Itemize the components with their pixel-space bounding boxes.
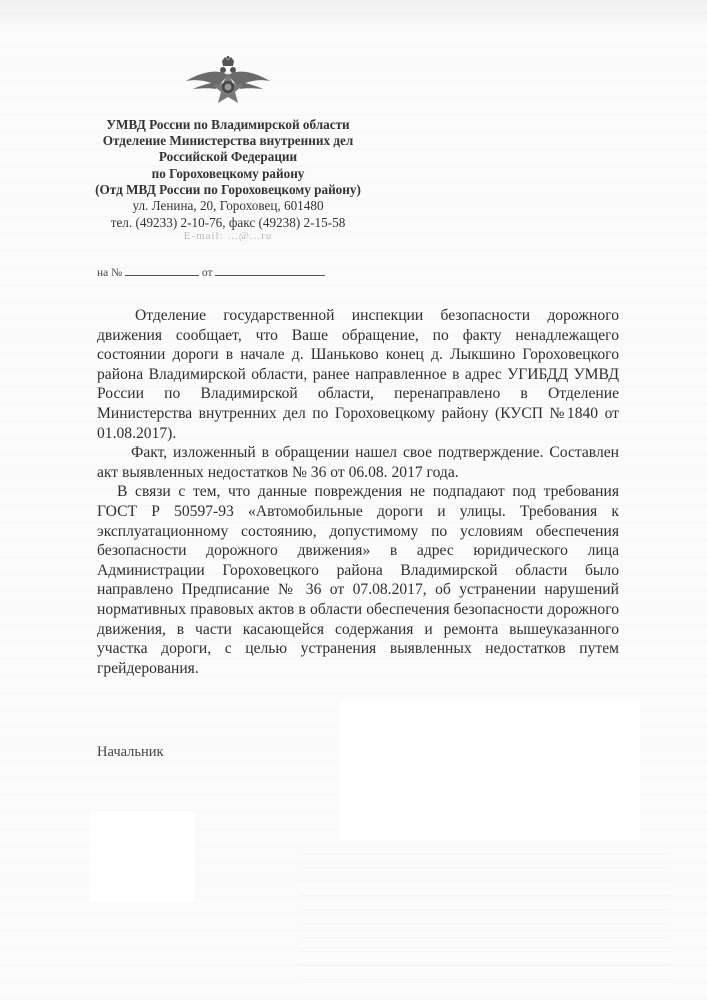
paragraph-3: В связи с тем, что данные повреждения не… xyxy=(97,482,619,678)
redacted-executor-area xyxy=(90,812,195,902)
reference-number-label: на № xyxy=(97,267,122,279)
org-line-1: УМВД России по Владимирской области xyxy=(78,117,378,133)
paragraph-2: Факт, изложенный в обращении нашел свое … xyxy=(97,443,619,482)
reference-number-blank xyxy=(125,265,199,276)
letterhead-contacts: ул. Ленина, 20, Гороховец, 601480 тел. (… xyxy=(78,198,378,241)
org-line-5: (Отд МВД России по Гороховецкому району) xyxy=(78,182,378,198)
phone-fax: тел. (49233) 2-10-76, факс (49238) 2-15-… xyxy=(78,215,378,232)
address: ул. Ленина, 20, Гороховец, 601480 xyxy=(78,198,378,215)
letterhead: УМВД России по Владимирской области Отде… xyxy=(78,55,378,198)
reference-date-label: от xyxy=(202,267,213,279)
paragraph-1: Отделение государственной инспекции безо… xyxy=(97,306,619,443)
scan-top-shadow xyxy=(0,0,707,30)
org-line-3: Российской Федерации xyxy=(78,149,378,165)
org-line-4: по Гороховецкому району xyxy=(78,166,378,182)
redacted-signature-area xyxy=(340,700,640,840)
reference-line: на № от xyxy=(97,265,325,279)
org-line-2: Отделение Министерства внутренних дел xyxy=(78,133,378,149)
letter-body: Отделение государственной инспекции безо… xyxy=(97,306,619,678)
show-through-text xyxy=(300,840,670,980)
email-line: E-mail: ...@...ru xyxy=(78,231,378,241)
signatory-title: Начальник xyxy=(97,744,164,761)
mvd-emblem-icon xyxy=(183,55,273,111)
reference-date-blank xyxy=(215,265,325,276)
